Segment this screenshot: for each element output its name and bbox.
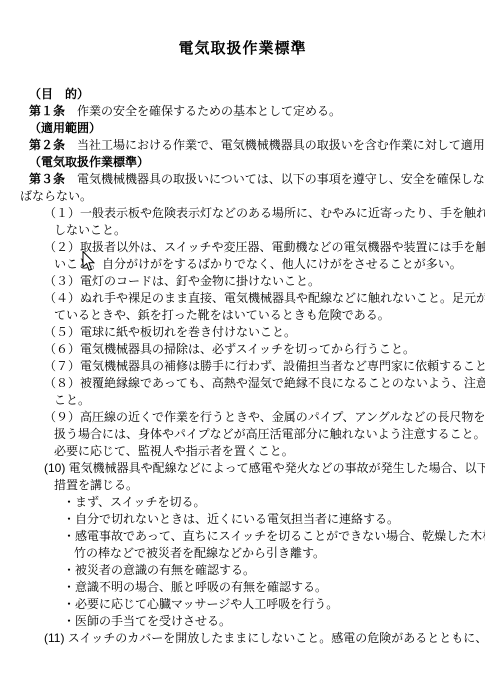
document-line: （電気取扱作業標準） <box>0 154 485 171</box>
line-text: (11) スイッチのカバーを開放したままにしないこと。感電の危険があるとともに、… <box>44 631 485 645</box>
line-text: しないこと。 <box>54 223 126 237</box>
document-line: ばならない。 <box>0 188 485 205</box>
line-text: （２）取扱者以外は、スイッチや変圧器、電動機などの電気機器や装置には手を触れな <box>44 240 485 254</box>
line-text: （１）一般表示板や危険表示灯などのある場所に、むやみに近寄ったり、手を触れたり <box>44 206 485 220</box>
line-text: （６）電気機械器具の掃除は、必ずスイッチを切ってから行うこと。 <box>44 342 415 356</box>
document-line: 扱う場合には、身体やパイプなどが高圧活電部分に触れないよう注意すること。なお、 <box>0 426 485 443</box>
document-line: ているときや、鋲を打った靴をはいているときも危険である。 <box>0 307 485 324</box>
line-text: 措置を講じる。 <box>54 478 138 492</box>
document-line: （７）電気機械器具の補修は勝手に行わず、設備担当者など専門家に依頼すること。 <box>0 358 485 375</box>
line-text: ・意識不明の場合、脈と呼吸の有無を確認する。 <box>63 580 327 594</box>
line-text: 竹の棒などで被災者を配線などから引き離す。 <box>74 546 325 560</box>
document-line: （９）高圧線の近くで作業を行うときや、金属のパイプ、アングルなどの長尺物を取り <box>0 409 485 426</box>
document-line: （２）取扱者以外は、スイッチや変圧器、電動機などの電気機器や装置には手を触れな <box>0 239 485 256</box>
document-line: 必要に応じて、監視人や指示者を置くこと。 <box>0 443 485 460</box>
document-line: 第３条 電気機械機器具の取扱いについては、以下の事項を遵守し、安全を確保しなけれ <box>0 171 485 188</box>
line-text: 扱う場合には、身体やパイプなどが高圧活電部分に触れないよう注意すること。なお、 <box>54 427 485 441</box>
document-line: いこと。自分がけがをするばかりでなく、他人にけがをさせることが多い。 <box>0 256 485 273</box>
line-text: こと。 <box>54 393 90 407</box>
document-line: （５）電球に紙や板切れを巻き付けないこと。 <box>0 324 485 341</box>
line-text-bold: 第１条 <box>29 104 65 118</box>
line-text-bold: 第２条 <box>29 138 65 152</box>
line-text: （３）電灯のコードは、釘や金物に掛けないこと。 <box>44 274 320 288</box>
document-line: ・感電事故であって、直ちにスイッチを切ることができない場合、乾燥した木材や <box>0 528 485 545</box>
line-text: ・感電事故であって、直ちにスイッチを切ることができない場合、乾燥した木材や <box>63 529 485 543</box>
page-title: 電気取扱作業標準 <box>0 37 485 58</box>
document-line: （６）電気機械器具の掃除は、必ずスイッチを切ってから行うこと。 <box>0 341 485 358</box>
document-line: （８）被覆絶縁線であっても、高熱や湿気で絶縁不良になることのないよう、注意する <box>0 375 485 392</box>
document-line: （１）一般表示板や危険表示灯などのある場所に、むやみに近寄ったり、手を触れたり <box>0 205 485 222</box>
line-text: (10) 電気機械器具や配線などによって感電や発火などの事故が発生した場合、以下… <box>44 461 485 475</box>
document-line: しないこと。 <box>0 222 485 239</box>
line-text: （５）電球に紙や板切れを巻き付けないこと。 <box>44 325 296 339</box>
line-text: ・医師の手当てを受けさせる。 <box>63 614 231 628</box>
document-body: （目 的）第１条 作業の安全を確保するための基本として定める。（適用範囲）第２条… <box>0 86 485 647</box>
document-line: （３）電灯のコードは、釘や金物に掛けないこと。 <box>0 273 485 290</box>
document-line: 第１条 作業の安全を確保するための基本として定める。 <box>0 103 485 120</box>
line-text: 当社工場における作業で、電気機械機器具の取扱いを含む作業に対して適用する。 <box>65 138 485 152</box>
line-text: ・被災者の意識の有無を確認する。 <box>63 563 255 577</box>
line-text: ばならない。 <box>20 189 92 203</box>
document-line: （４）ぬれ手や裸足のまま直接、電気機械器具や配線などに触れないこと。足元が湿っ <box>0 290 485 307</box>
document-line: ・被災者の意識の有無を確認する。 <box>0 562 485 579</box>
document-line: 第２条 当社工場における作業で、電気機械機器具の取扱いを含む作業に対して適用する… <box>0 137 485 154</box>
document-line: こと。 <box>0 392 485 409</box>
document-line: ・まず、スイッチを切る。 <box>0 494 485 511</box>
line-text: ・まず、スイッチを切る。 <box>63 495 206 509</box>
line-text: （７）電気機械器具の補修は勝手に行わず、設備担当者など専門家に依頼すること。 <box>44 359 485 373</box>
document-line: (10) 電気機械器具や配線などによって感電や発火などの事故が発生した場合、以下… <box>0 460 485 477</box>
line-text-bold: （適用範囲） <box>29 121 101 135</box>
line-text: （９）高圧線の近くで作業を行うときや、金属のパイプ、アングルなどの長尺物を取り <box>44 410 485 424</box>
document-line: 措置を講じる。 <box>0 477 485 494</box>
document-line: ・意識不明の場合、脈と呼吸の有無を確認する。 <box>0 579 485 596</box>
line-text: いこと。自分がけがをするばかりでなく、他人にけがをさせることが多い。 <box>54 257 462 271</box>
document-line: （適用範囲） <box>0 120 485 137</box>
line-text: ・自分で切れないときは、近くにいる電気担当者に連絡する。 <box>63 512 399 526</box>
line-text-bold: （目 的） <box>29 87 89 101</box>
document-line: (11) スイッチのカバーを開放したままにしないこと。感電の危険があるとともに、… <box>0 630 485 647</box>
document-line: ・必要に応じて心臓マッサージや人工呼吸を行う。 <box>0 596 485 613</box>
document-line: 竹の棒などで被災者を配線などから引き離す。 <box>0 545 485 562</box>
line-text: ているときや、鋲を打った靴をはいているときも危険である。 <box>54 308 390 322</box>
line-text: （８）被覆絶縁線であっても、高熱や湿気で絶縁不良になることのないよう、注意する <box>44 376 485 390</box>
line-text: 電気機械機器具の取扱いについては、以下の事項を遵守し、安全を確保しなけれ <box>65 172 485 186</box>
line-text: 作業の安全を確保するための基本として定める。 <box>65 104 341 118</box>
line-text: （４）ぬれ手や裸足のまま直接、電気機械器具や配線などに触れないこと。足元が湿っ <box>44 291 485 305</box>
line-text-bold: （電気取扱作業標準） <box>29 155 149 169</box>
line-text: ・必要に応じて心臓マッサージや人工呼吸を行う。 <box>63 597 338 611</box>
document-line: ・自分で切れないときは、近くにいる電気担当者に連絡する。 <box>0 511 485 528</box>
line-text-bold: 第３条 <box>29 172 65 186</box>
document-line: ・医師の手当てを受けさせる。 <box>0 613 485 630</box>
document-line: （目 的） <box>0 86 485 103</box>
line-text: 必要に応じて、監視人や指示者を置くこと。 <box>54 444 294 458</box>
document-page: 電気取扱作業標準 （目 的）第１条 作業の安全を確保するための基本として定める。… <box>0 0 485 675</box>
